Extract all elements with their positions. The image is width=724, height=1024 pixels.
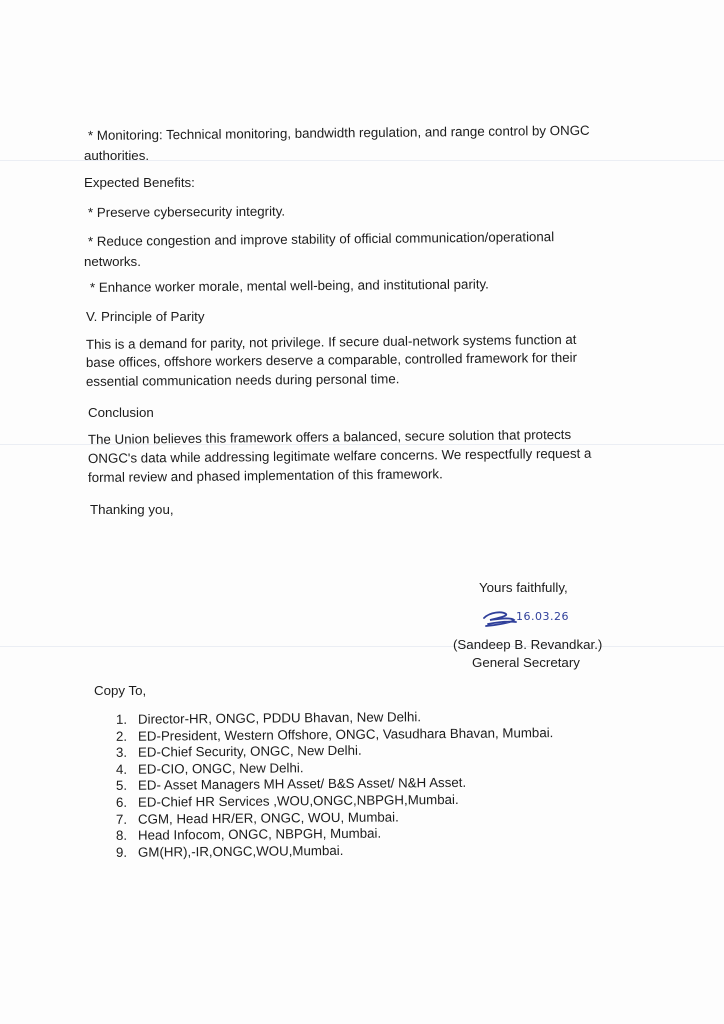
benefit-item: * Preserve cybersecurity integrity. <box>88 204 285 221</box>
benefit-item-cont: networks. <box>84 254 141 270</box>
copy-to-list: 1.Director-HR, ONGC, PDDU Bhavan, New De… <box>116 710 553 859</box>
closing-salutation: Yours faithfully, <box>479 580 568 596</box>
conclusion-paragraph-line: formal review and phased implementation … <box>88 466 443 486</box>
monitoring-bullet: * Monitoring: Technical monitoring, band… <box>88 123 590 144</box>
scanned-letter-page: * Monitoring: Technical monitoring, band… <box>0 0 724 1024</box>
monitoring-bullet-cont: authorities. <box>84 148 149 164</box>
scan-artifact <box>0 646 724 647</box>
conclusion-paragraph-line: ONGC's data while addressing legitimate … <box>88 446 592 467</box>
copy-to-item: 9.GM(HR),-IR,ONGC,WOU,Mumbai. <box>116 841 553 861</box>
section-heading-parity: V. Principle of Parity <box>86 309 205 325</box>
signatory-name: (Sandeep B. Revandkar.) <box>453 637 602 653</box>
handwritten-signature: 16.03.26 <box>480 608 650 632</box>
benefit-item: * Enhance worker morale, mental well-bei… <box>90 277 489 296</box>
signatory-title: General Secretary <box>472 655 580 671</box>
copy-to-heading: Copy To, <box>94 683 146 699</box>
signature-date: 16.03.26 <box>516 610 569 623</box>
parity-paragraph-line: base offices, offshore workers deserve a… <box>86 350 577 371</box>
parity-paragraph-line: essential communication needs during per… <box>86 371 400 390</box>
conclusion-heading: Conclusion <box>88 405 154 421</box>
signature-scribble-icon <box>480 608 520 630</box>
benefits-heading: Expected Benefits: <box>84 175 195 191</box>
thanks-line: Thanking you, <box>90 502 174 518</box>
benefit-item: * Reduce congestion and improve stabilit… <box>88 229 554 250</box>
